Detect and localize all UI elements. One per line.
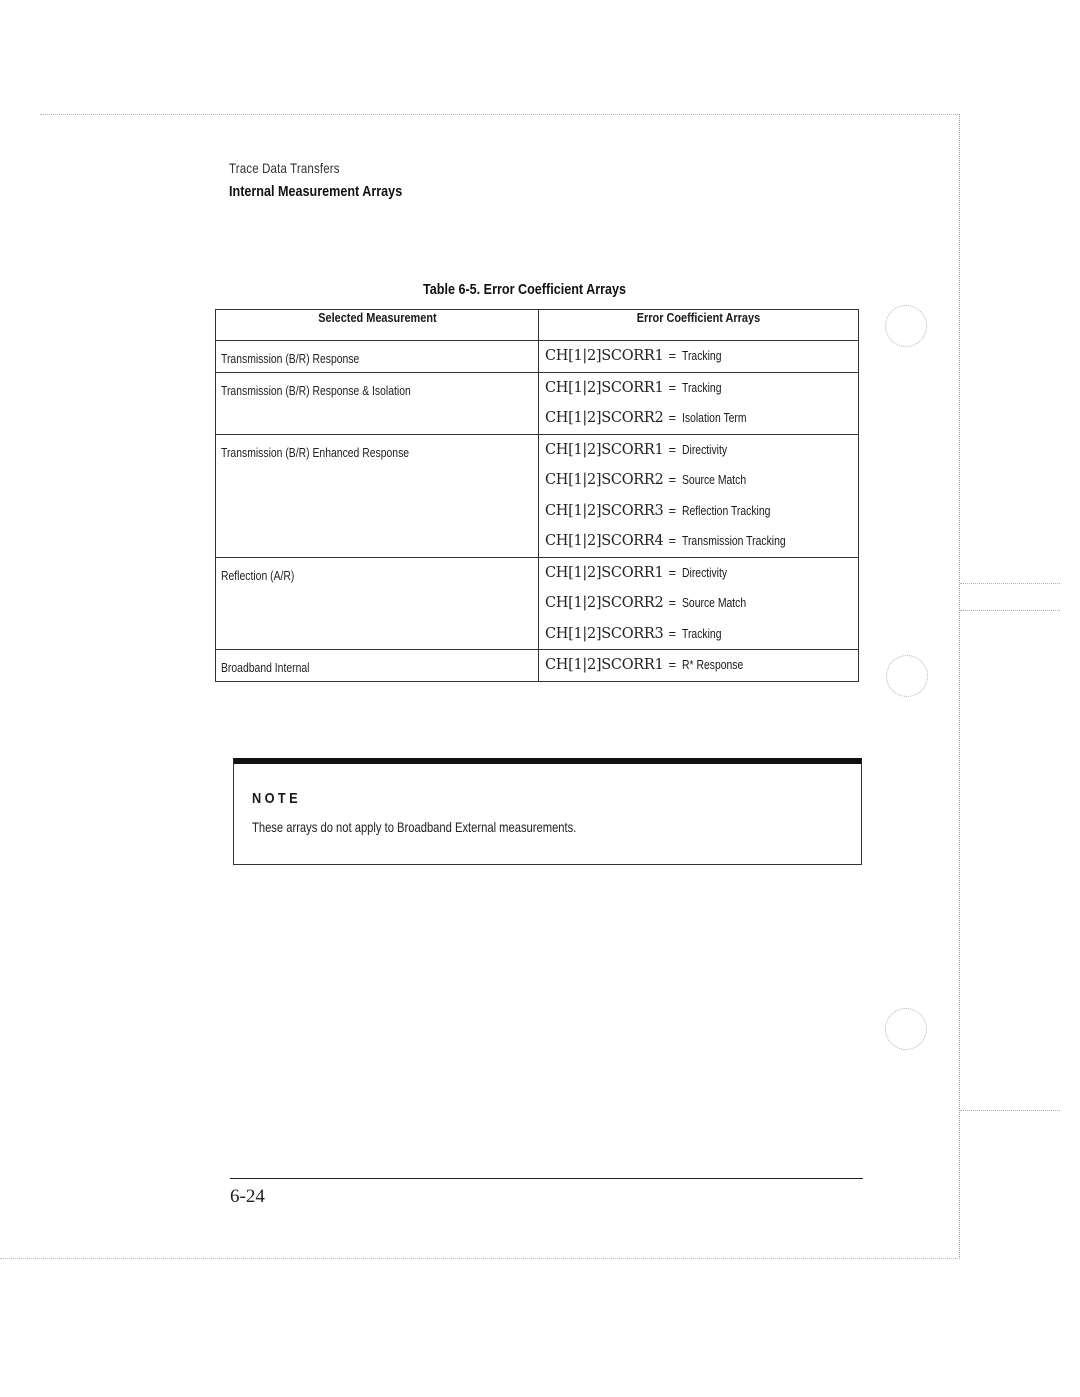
running-head: Trace Data Transfers [229, 160, 340, 176]
array-entry: CH[1|2]SCORR1=Tracking [539, 341, 858, 372]
note-title: NOTE [252, 790, 301, 807]
equals-sign: = [668, 503, 676, 518]
array-entry: CH[1|2]SCORR1=Directivity [539, 435, 858, 466]
table-row: Broadband InternalCH[1|2]SCORR1=R* Respo… [216, 650, 859, 682]
equals-sign: = [668, 595, 676, 610]
array-entry: CH[1|2]SCORR4=Transmission Tracking [539, 526, 858, 557]
table-row: Transmission (B/R) Enhanced ResponseCH[1… [216, 434, 859, 557]
array-description: R* Response [682, 650, 743, 681]
array-description: Tracking [682, 619, 722, 650]
array-code: CH[1|2]SCORR3 [545, 503, 663, 519]
table-row: Transmission (B/R) Response & IsolationC… [216, 372, 859, 434]
array-code: CH[1|2]SCORR1 [545, 380, 663, 396]
column-header-measurement: Selected Measurement [216, 310, 539, 341]
array-description: Tracking [682, 373, 722, 404]
arrays-cell: CH[1|2]SCORR1=DirectivityCH[1|2]SCORR2=S… [539, 557, 859, 650]
equals-sign: = [668, 348, 676, 363]
equals-sign: = [668, 565, 676, 580]
page-edge-right [959, 114, 960, 1259]
array-description: Isolation Term [682, 403, 747, 434]
array-code: CH[1|2]SCORR2 [545, 410, 663, 426]
array-entry: CH[1|2]SCORR1=Tracking [539, 373, 858, 404]
array-code: CH[1|2]SCORR2 [545, 472, 663, 488]
punch-hole-icon [885, 1008, 927, 1050]
arrays-cell: CH[1|2]SCORR1=DirectivityCH[1|2]SCORR2=S… [539, 434, 859, 557]
footer-rule [230, 1178, 863, 1179]
array-code: CH[1|2]SCORR1 [545, 348, 663, 364]
array-code: CH[1|2]SCORR2 [545, 595, 663, 611]
section-title: Internal Measurement Arrays [229, 183, 402, 200]
array-entry: CH[1|2]SCORR2=Source Match [539, 588, 858, 619]
table-caption: Table 6-5. Error Coefficient Arrays [423, 281, 626, 298]
array-entry: CH[1|2]SCORR2=Isolation Term [539, 403, 858, 434]
arrays-cell: CH[1|2]SCORR1=R* Response [539, 650, 859, 682]
equals-sign: = [668, 533, 676, 548]
table-row: Transmission (B/R) ResponseCH[1|2]SCORR1… [216, 341, 859, 373]
tab-edge-line [960, 610, 1060, 611]
array-entry: CH[1|2]SCORR3=Tracking [539, 619, 858, 650]
array-description: Source Match [682, 465, 746, 496]
array-description: Directivity [682, 558, 727, 589]
equals-sign: = [668, 626, 676, 641]
array-code: CH[1|2]SCORR1 [545, 657, 663, 673]
array-description: Transmission Tracking [682, 526, 786, 557]
error-coefficient-table: Selected Measurement Error Coefficient A… [215, 309, 859, 682]
measurement-cell: Transmission (B/R) Response & Isolation [216, 372, 539, 434]
tab-edge-line [960, 1110, 1060, 1111]
page-edge-bottom [0, 1258, 960, 1259]
table-row: Reflection (A/R)CH[1|2]SCORR1=Directivit… [216, 557, 859, 650]
punch-hole-icon [886, 655, 928, 697]
equals-sign: = [668, 442, 676, 457]
array-entry: CH[1|2]SCORR2=Source Match [539, 465, 858, 496]
equals-sign: = [668, 380, 676, 395]
equals-sign: = [668, 410, 676, 425]
array-code: CH[1|2]SCORR1 [545, 442, 663, 458]
punch-hole-icon [885, 305, 927, 347]
equals-sign: = [668, 657, 676, 672]
array-entry: CH[1|2]SCORR3=Reflection Tracking [539, 496, 858, 527]
page-edge-top [40, 114, 960, 115]
measurement-cell: Reflection (A/R) [216, 557, 539, 650]
array-code: CH[1|2]SCORR1 [545, 565, 663, 581]
array-entry: CH[1|2]SCORR1=Directivity [539, 558, 858, 589]
array-description: Tracking [682, 341, 722, 372]
array-entry: CH[1|2]SCORR1=R* Response [539, 650, 858, 681]
measurement-cell: Transmission (B/R) Enhanced Response [216, 434, 539, 557]
measurement-cell: Broadband Internal [216, 650, 539, 682]
page-number: 6-24 [230, 1186, 265, 1208]
note-box: NOTE These arrays do not apply to Broadb… [233, 758, 862, 865]
column-header-arrays: Error Coefficient Arrays [539, 310, 859, 341]
table-header-row: Selected Measurement Error Coefficient A… [216, 310, 859, 341]
note-body: These arrays do not apply to Broadband E… [252, 819, 576, 835]
array-description: Directivity [682, 435, 727, 466]
array-code: CH[1|2]SCORR4 [545, 533, 663, 549]
array-code: CH[1|2]SCORR3 [545, 626, 663, 642]
tab-edge-line [960, 583, 1060, 584]
arrays-cell: CH[1|2]SCORR1=TrackingCH[1|2]SCORR2=Isol… [539, 372, 859, 434]
measurement-cell: Transmission (B/R) Response [216, 341, 539, 373]
equals-sign: = [668, 472, 676, 487]
array-description: Reflection Tracking [682, 496, 770, 527]
array-description: Source Match [682, 588, 746, 619]
arrays-cell: CH[1|2]SCORR1=Tracking [539, 341, 859, 373]
